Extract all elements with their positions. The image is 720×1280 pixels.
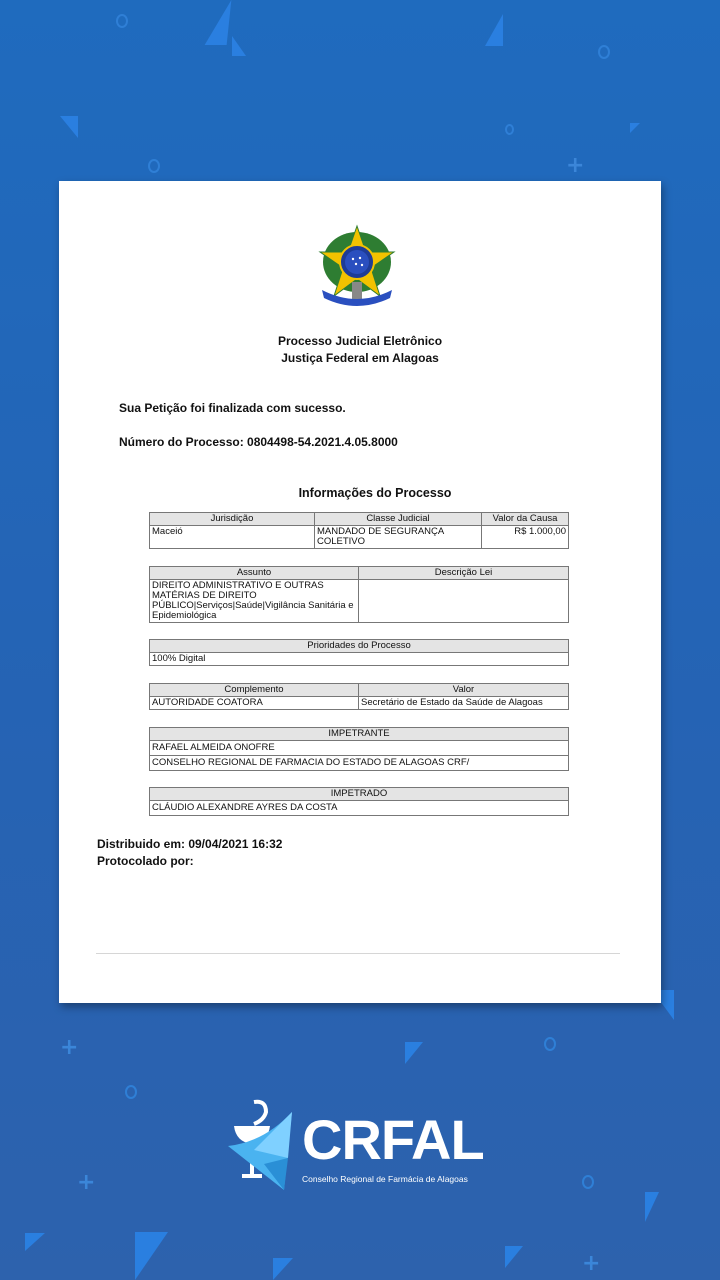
complemento-table: Complemento Valor AUTORIDADE COATORA Sec… [149, 683, 569, 710]
cell-impetrado: CLÁUDIO ALEXANDRE AYRES DA COSTA [150, 801, 569, 816]
decor-circle [598, 45, 610, 59]
decor-triangle [205, 0, 232, 45]
decor-triangle [25, 1233, 45, 1251]
cell-complemento: AUTORIDADE COATORA [150, 697, 359, 710]
logo-wordmark: CRFAL [302, 1112, 484, 1168]
decor-triangle [485, 14, 503, 46]
cell-impetrante: CONSELHO REGIONAL DE FARMACIA DO ESTADO … [150, 756, 569, 771]
process-number: Número do Processo: 0804498-54.2021.4.05… [119, 435, 398, 449]
decor-triangle [405, 1042, 423, 1064]
decor-triangle [630, 123, 640, 133]
table-row: CLÁUDIO ALEXANDRE AYRES DA COSTA [150, 801, 569, 816]
impetrante-table: IMPETRANTE RAFAEL ALMEIDA ONOFRE CONSELH… [149, 727, 569, 771]
decor-triangle [645, 1192, 659, 1222]
col-header-impetrante: IMPETRANTE [150, 728, 569, 741]
cell-valor-complemento: Secretário de Estado da Saúde de Alagoas [359, 697, 569, 710]
col-header-valor: Valor da Causa [482, 513, 569, 526]
cell-valor: R$ 1.000,00 [482, 526, 569, 549]
decor-plus: + [60, 1037, 78, 1059]
col-header-valor-complemento: Valor [359, 684, 569, 697]
logo-subtitle: Conselho Regional de Farmácia de Alagoas [302, 1174, 468, 1184]
distribution-date: Distribuido em: 09/04/2021 16:32 [97, 837, 282, 851]
col-header-jurisdicao: Jurisdição [150, 513, 315, 526]
col-header-impetrado: IMPETRADO [150, 788, 569, 801]
decor-circle [582, 1175, 594, 1189]
impetrado-table: IMPETRADO CLÁUDIO ALEXANDRE AYRES DA COS… [149, 787, 569, 816]
decor-plus: + [77, 1172, 95, 1194]
prioridades-table: Prioridades do Processo 100% Digital [149, 639, 569, 666]
decor-triangle [135, 1232, 168, 1280]
col-header-prioridades: Prioridades do Processo [150, 640, 569, 653]
divider [96, 953, 620, 954]
brazil-coat-of-arms-icon [318, 224, 396, 310]
cell-classe: MANDADO DE SEGURANÇA COLETIVO [315, 526, 482, 549]
cell-impetrante: RAFAEL ALMEIDA ONOFRE [150, 741, 569, 756]
header-court-name: Justiça Federal em Alagoas [0, 351, 720, 365]
decor-circle [544, 1037, 556, 1051]
decor-circle [116, 14, 128, 28]
table-row: DIREITO ADMINISTRATIVO E OUTRAS MATÉRIAS… [150, 580, 569, 623]
cell-descricao-lei [359, 580, 569, 623]
decor-plus: + [566, 155, 584, 177]
col-header-complemento: Complemento [150, 684, 359, 697]
cell-jurisdicao: Maceió [150, 526, 315, 549]
decor-plus: + [582, 1253, 600, 1275]
section-title: Informações do Processo [0, 486, 720, 500]
table-row: Maceió MANDADO DE SEGURANÇA COLETIVO R$ … [150, 526, 569, 549]
col-header-descricao-lei: Descrição Lei [359, 567, 569, 580]
success-message: Sua Petição foi finalizada com sucesso. [119, 401, 346, 415]
col-header-classe: Classe Judicial [315, 513, 482, 526]
table-row: RAFAEL ALMEIDA ONOFRE [150, 741, 569, 756]
decor-triangle [60, 116, 78, 138]
decor-triangle [505, 1246, 523, 1268]
header-system-name: Processo Judicial Eletrônico [0, 334, 720, 348]
table-row: 100% Digital [150, 653, 569, 666]
table-row: CONSELHO REGIONAL DE FARMACIA DO ESTADO … [150, 756, 569, 771]
assunto-table: Assunto Descrição Lei DIREITO ADMINISTRA… [149, 566, 569, 623]
cell-assunto: DIREITO ADMINISTRATIVO E OUTRAS MATÉRIAS… [150, 580, 359, 623]
process-info-table: Jurisdição Classe Judicial Valor da Caus… [149, 512, 569, 549]
table-row: AUTORIDADE COATORA Secretário de Estado … [150, 697, 569, 710]
decor-circle [148, 159, 160, 173]
decor-circle [505, 124, 514, 135]
protocolado-por: Protocolado por: [97, 854, 194, 868]
col-header-assunto: Assunto [150, 567, 359, 580]
decor-triangle [273, 1258, 293, 1280]
cell-prioridade: 100% Digital [150, 653, 569, 666]
decor-circle [125, 1085, 137, 1099]
decor-triangle [232, 36, 246, 56]
